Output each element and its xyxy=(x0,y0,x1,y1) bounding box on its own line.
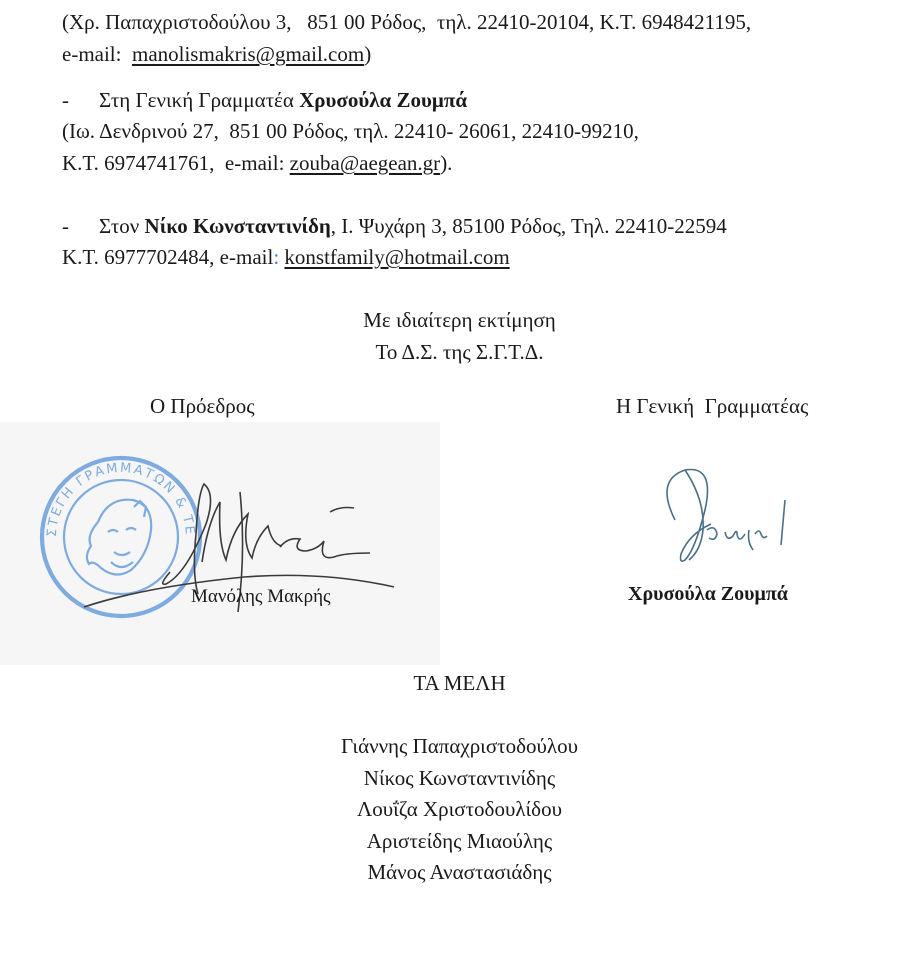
secretary-address-text: (Ιω. Δενδρινού 27, 851 00 Ρόδος, τηλ. 22… xyxy=(62,119,639,143)
president-email-line: e-mail: manolismakris@gmail.com) xyxy=(62,40,371,68)
member-name-item: Νίκος Κωνσταντινίδης xyxy=(0,764,919,792)
secretary-email-link[interactable]: zouba@aegean.gr xyxy=(290,151,441,175)
secretary-title: Η Γενική Γραμματέας xyxy=(616,392,808,420)
president-title: Ο Πρόεδρος xyxy=(150,392,255,420)
secretary-name-bold: Χρυσούλα Ζουμπά xyxy=(628,583,788,605)
secretary-prefix: Στη Γενική Γραμματέα xyxy=(99,88,299,112)
closing-board: Το Δ.Σ. της Σ.Γ.Τ.Δ. xyxy=(0,338,919,366)
close-paren: ). xyxy=(440,151,452,175)
member-contact-line: Κ.Τ. 6977702484, e-mail: konstfamily@hot… xyxy=(62,243,510,271)
members-heading: ΤΑ ΜΕΛΗ xyxy=(0,669,919,697)
secretary-name-signed: Χρυσούλα Ζουμπά xyxy=(628,582,788,606)
secretary-address: (Ιω. Δενδρινού 27, 851 00 Ρόδος, τηλ. 22… xyxy=(62,117,639,145)
colon: : xyxy=(273,245,284,269)
member-name: Νίκο Κωνσταντινίδη xyxy=(145,214,331,238)
secretary-contact-line: Κ.Τ. 6974741761, e-mail: zouba@aegean.gr… xyxy=(62,149,452,177)
member-email-link[interactable]: konstfamily@hotmail.com xyxy=(284,245,509,269)
member-name-item: Αριστείδης Μιαούλης xyxy=(0,827,919,855)
secretary-signature-icon xyxy=(645,460,795,575)
close-paren: ) xyxy=(364,42,371,66)
member-recipient-line: -Στον Νίκο Κωνσταντινίδη, Ι. Ψυχάρη 3, 8… xyxy=(62,212,727,240)
president-signature-scan: ΣΤΕΓΗ ΓΡΑΜΜΑΤΩΝ & ΤΕΧΝΩΝ Μανόλης Μακρής xyxy=(0,422,440,665)
president-address: (Χρ. Παπαχριστοδούλου 3, 851 00 Ρόδος, τ… xyxy=(62,8,751,36)
member-name-item: Λουΐζα Χριστοδουλίδου xyxy=(0,795,919,823)
member-phone: Κ.Τ. 6977702484, e-mail xyxy=(62,245,273,269)
president-email-link[interactable]: manolismakris@gmail.com xyxy=(132,42,364,66)
bullet: - xyxy=(62,88,69,112)
bullet: - xyxy=(62,214,69,238)
email-label: e-mail: xyxy=(62,42,132,66)
secretary-phone: Κ.Τ. 6974741761, e-mail: xyxy=(62,151,290,175)
letter-page: (Χρ. Παπαχριστοδούλου 3, 851 00 Ρόδος, τ… xyxy=(0,0,919,954)
member-name-item: Μάνος Αναστασιάδης xyxy=(0,858,919,886)
closing-regards: Με ιδιαίτερη εκτίμηση xyxy=(0,306,919,334)
member-prefix: Στον xyxy=(99,214,145,238)
secretary-recipient-line: -Στη Γενική Γραμματέα Χρυσούλα Ζουμπά xyxy=(62,86,467,114)
member-address: , Ι. Ψυχάρη 3, 85100 Ρόδος, Τηλ. 22410-2… xyxy=(331,214,727,238)
secretary-name: Χρυσούλα Ζουμπά xyxy=(299,88,467,112)
member-name-item: Γιάννης Παπαχριστοδούλου xyxy=(0,732,919,760)
president-name: Μανόλης Μακρής xyxy=(191,585,331,609)
president-address-text: (Χρ. Παπαχριστοδούλου 3, 851 00 Ρόδος, τ… xyxy=(62,10,751,34)
